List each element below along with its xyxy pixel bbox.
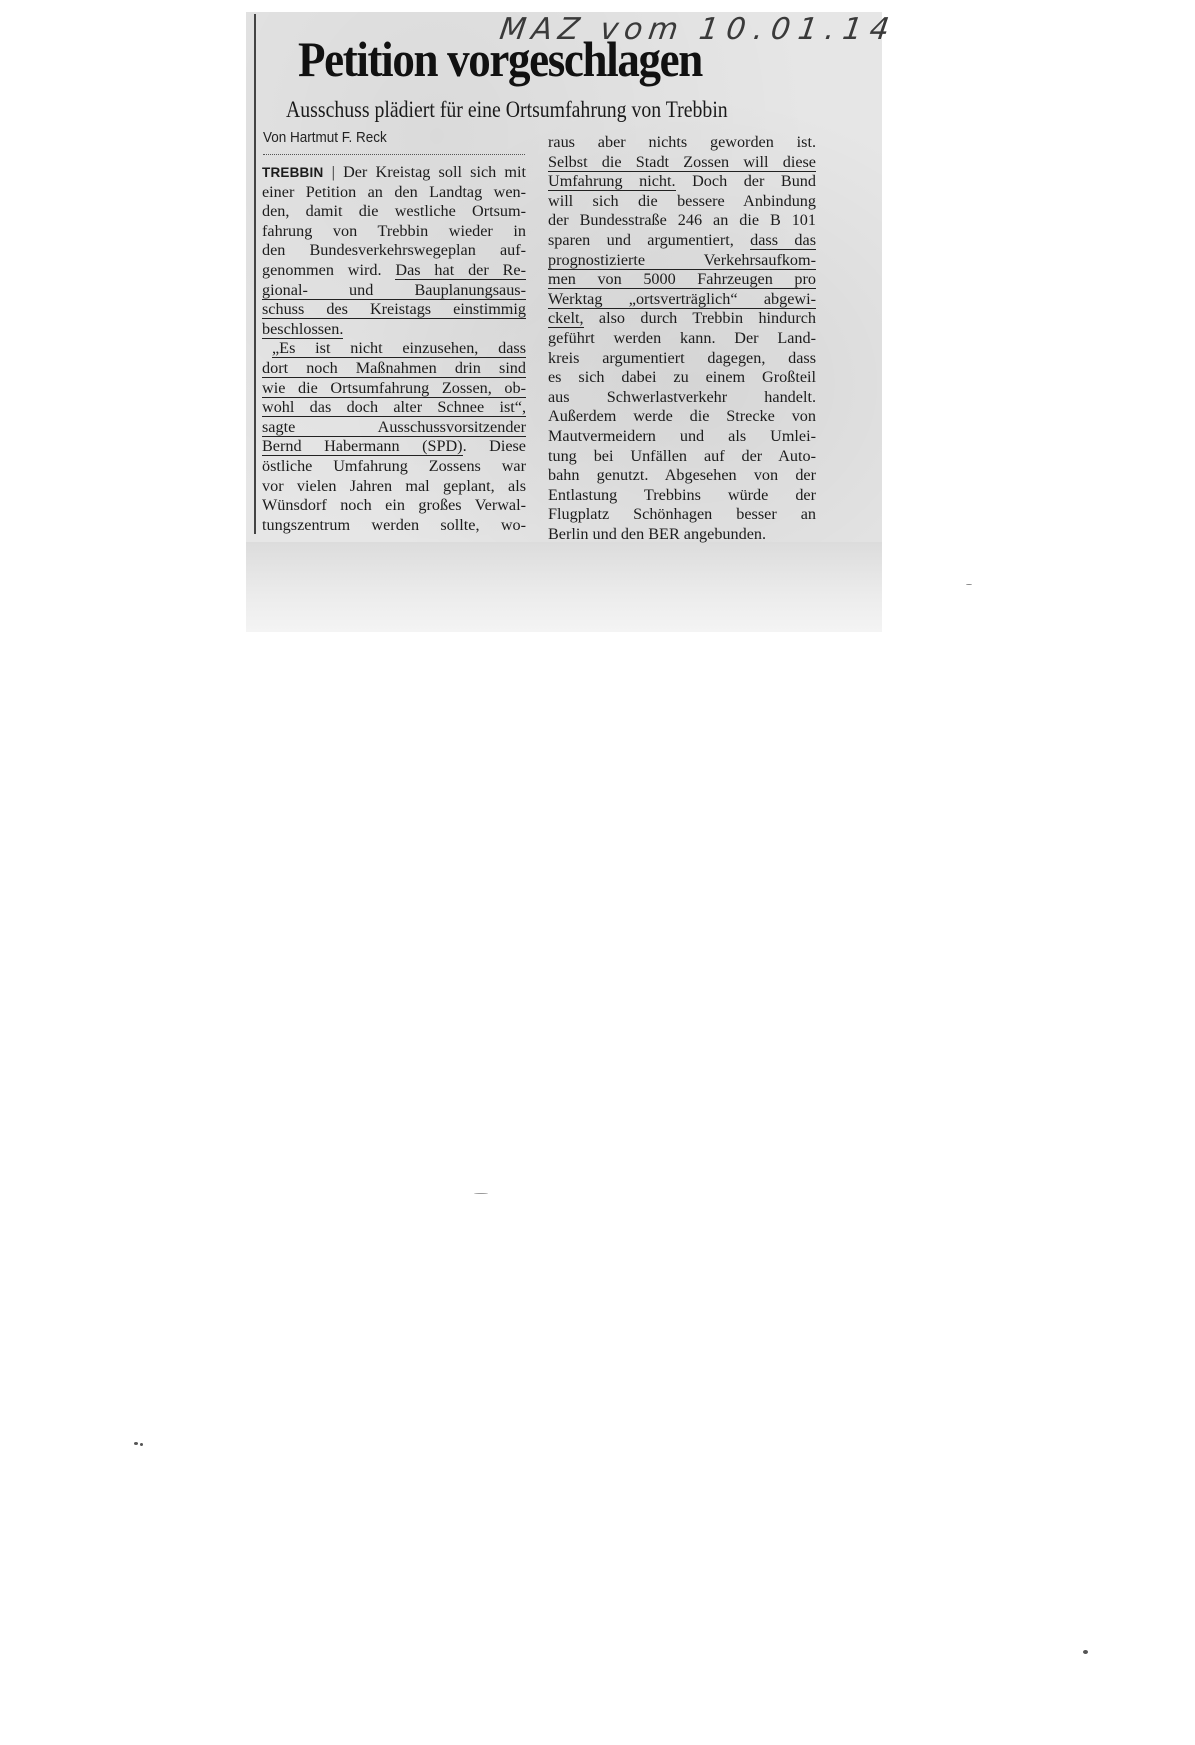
column-line: den Bundesverkehrswegeplan auf- [262,241,526,261]
underlined-text: beschlossen. [262,320,343,339]
underlined-text: Bernd Habermann (SPD) [262,437,463,456]
column-line: der Bundesstraße 246 an die B 101 [548,211,816,231]
dotted-divider [263,154,525,155]
underlined-text: sagte Ausschussvorsitzender [262,418,526,437]
column-line: Entlastung Trebbins würde der [548,486,816,506]
column-line: Selbst die Stadt Zossen will diese [548,153,816,173]
underlined-text: wohl das doch alter Schnee ist“, [262,398,526,417]
handwritten-date: 10.01.14 [697,12,900,47]
underlined-text: wie die Ortsumfahrung Zossen, ob- [262,379,526,398]
column-line: östliche Umfahrung Zossens war [262,457,526,477]
column-line: prognostizierte Verkehrsaufkom- [548,251,816,271]
column-line: wohl das doch alter Schnee ist“, [262,398,526,418]
column-line: Bernd Habermann (SPD). Diese [262,437,526,457]
column-line: Flugplatz Schönhagen besser an [548,505,816,525]
underlined-text: Selbst die Stadt Zossen will diese [548,153,816,172]
column-rule [254,14,256,534]
underlined-text: gional- und Bauplanungsaus- [262,281,526,300]
scan-speck [1083,1650,1088,1654]
column-line: raus aber nichts geworden ist. [548,133,816,153]
column-line: dort noch Maßnahmen drin sind [262,359,526,379]
subheadline: Ausschuss plädiert für eine Ortsumfahrun… [286,97,728,123]
column-line: Außerdem werde die Strecke von [548,407,816,427]
underlined-text: schuss des Kreistags einstimmig [262,300,526,319]
column-line: sparen und argumentiert, dass das [548,231,816,251]
underlined-text: Werktag „ortsverträglich“ abgewi- [548,290,816,309]
underlined-text: ckelt, [548,309,584,328]
byline: Von Hartmut F. Reck [263,129,387,146]
underlined-text: men von 5000 Fahrzeugen pro [548,270,816,289]
article-column-left: TREBBIN | Der Kreistag soll sich mit ein… [262,163,526,535]
scan-speck [134,1442,138,1445]
column-line: schuss des Kreistags einstimmig [262,300,526,320]
column-line: genommen wird. Das hat der Re- [262,261,526,281]
column-line: kreis argumentiert dagegen, dass [548,349,816,369]
column-line: fahrung von Trebbin wieder in [262,222,526,242]
column-line: den, damit die westliche Ortsum- [262,202,526,222]
column-line: will sich die bessere Anbindung [548,192,816,212]
column-line: bahn genutzt. Abgesehen von der [548,466,816,486]
column-line: tungszentrum werden sollte, wo- [262,516,526,536]
column-line: gional- und Bauplanungsaus- [262,281,526,301]
column-line: geführt werden kann. Der Land- [548,329,816,349]
dateline: TREBBIN [262,165,323,180]
column-line: aus Schwerlastverkehr handelt. [548,388,816,408]
scan-speck [966,584,972,585]
underlined-text: dass das [750,231,816,250]
clipping-fade [246,542,882,632]
column-line: TREBBIN | Der Kreistag soll sich mit [262,163,526,183]
column-line: ckelt, also durch Trebbin hindurch [548,309,816,329]
underlined-text: prognostizierte Verkehrsaufkom- [548,251,816,270]
headline: Petition vorgeschlagen [298,34,702,84]
column-line: Wünsdorf noch ein großes Verwal- [262,496,526,516]
article-column-right: raus aber nichts geworden ist. Selbst di… [548,133,816,544]
column-line: Berlin und den BER angebunden. [548,525,816,545]
column-line: Mautvermeidern und als Umlei- [548,427,816,447]
underlined-text: Das hat der Re- [395,261,526,280]
column-line: men von 5000 Fahrzeugen pro [548,270,816,290]
column-line: vor vielen Jahren mal geplant, als [262,477,526,497]
scan-speck [474,1193,488,1194]
column-line: tung bei Unfällen auf der Auto- [548,447,816,467]
column-line: „Es ist nicht einzusehen, dass [262,339,526,359]
column-line: einer Petition an den Landtag wen- [262,183,526,203]
column-line: Umfahrung nicht. Doch der Bund [548,172,816,192]
underlined-text: Umfahrung nicht. [548,172,676,191]
dateline-separator: | [332,163,335,181]
underlined-text: dort noch Maßnahmen drin sind [262,359,526,378]
underlined-text: „Es ist nicht einzusehen, dass [272,339,526,358]
column-line: sagte Ausschussvorsitzender [262,418,526,438]
column-line: Werktag „ortsverträglich“ abgewi- [548,290,816,310]
column-line: beschlossen. [262,320,526,340]
column-line: wie die Ortsumfahrung Zossen, ob- [262,379,526,399]
column-line: es sich dabei zu einem Großteil [548,368,816,388]
scan-speck [140,1443,143,1446]
